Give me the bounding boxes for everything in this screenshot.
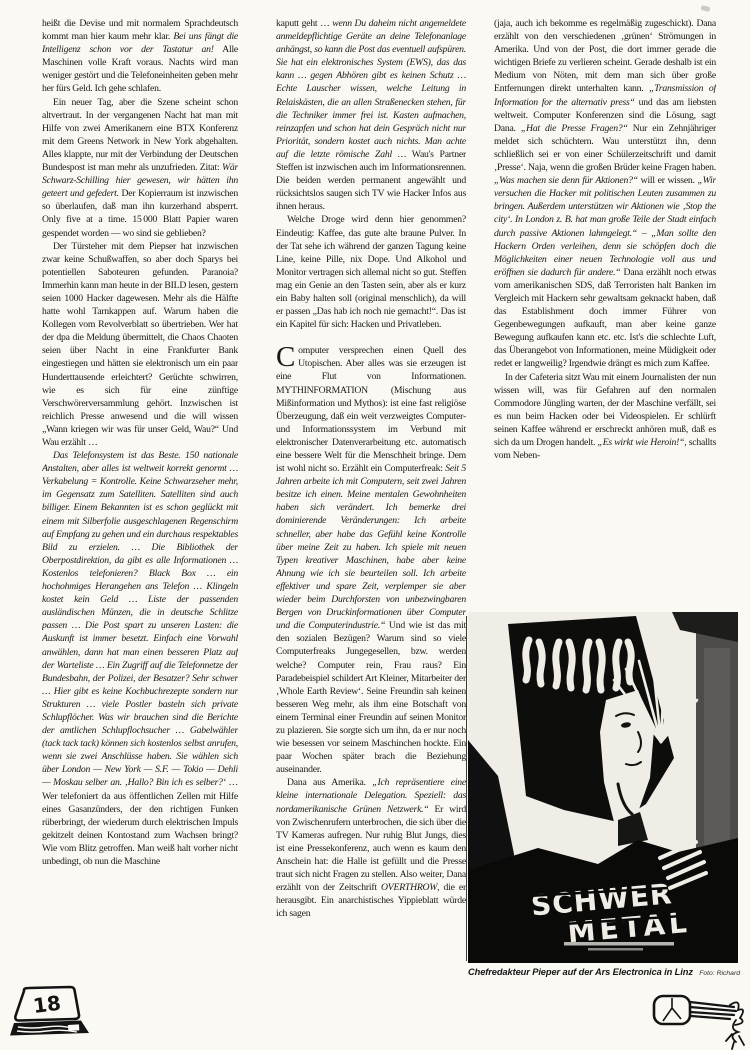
paragraph: kaputt geht … wenn Du daheim nicht angem… [276, 17, 466, 213]
paragraph: Das Telefonsystem ist das Beste. 150 nat… [42, 449, 238, 868]
paragraph: (jaja, auch ich bekomme es regelmäßig zu… [494, 17, 716, 371]
hand-drawn-plug-doodle-icon [648, 988, 748, 1050]
paragraph: Ein neuer Tag, aber die Szene scheint sc… [42, 96, 238, 240]
text-column-middle: kaputt geht … wenn Du daheim nicht angem… [276, 17, 466, 1002]
text-column-right: (jaja, auch ich bekomme es regelmäßig zu… [494, 17, 716, 617]
page-number: 18 [32, 991, 63, 1018]
paragraph: heißt die Devise und mit normalem Sprach… [42, 17, 238, 96]
photo-left-rule [466, 616, 467, 961]
text-column-left: heißt die Devise und mit normalem Sprach… [42, 17, 238, 1002]
photo-caption: Chefredakteur Pieper auf der Ars Electro… [468, 967, 693, 977]
scan-smudge [701, 5, 711, 12]
page-number-computer-icon: 18 [8, 984, 96, 1050]
photo-halftone-image: SCHWER METAL [468, 612, 738, 963]
photo-pieper: SCHWER METAL [468, 612, 738, 963]
paragraph: In der Cafeteria sitzt Wau mit einem Jou… [494, 371, 716, 463]
paragraph: Dana aus Amerika. „Ich repräsentiere ein… [276, 776, 466, 920]
drop-cap: C [276, 344, 298, 369]
paragraph: Computer versprechen einen Quell des Uto… [276, 344, 466, 776]
paragraph: Der Türsteher mit dem Piepser hat inzwis… [42, 240, 238, 450]
photo-caption-row: Chefredakteur Pieper auf der Ars Electro… [468, 967, 740, 977]
magazine-page: heißt die Devise und mit normalem Sprach… [0, 0, 750, 1050]
photo-credit: Foto: Richard [693, 970, 740, 977]
paragraph: Welche Droge wird denn hier genommen? Ei… [276, 213, 466, 331]
